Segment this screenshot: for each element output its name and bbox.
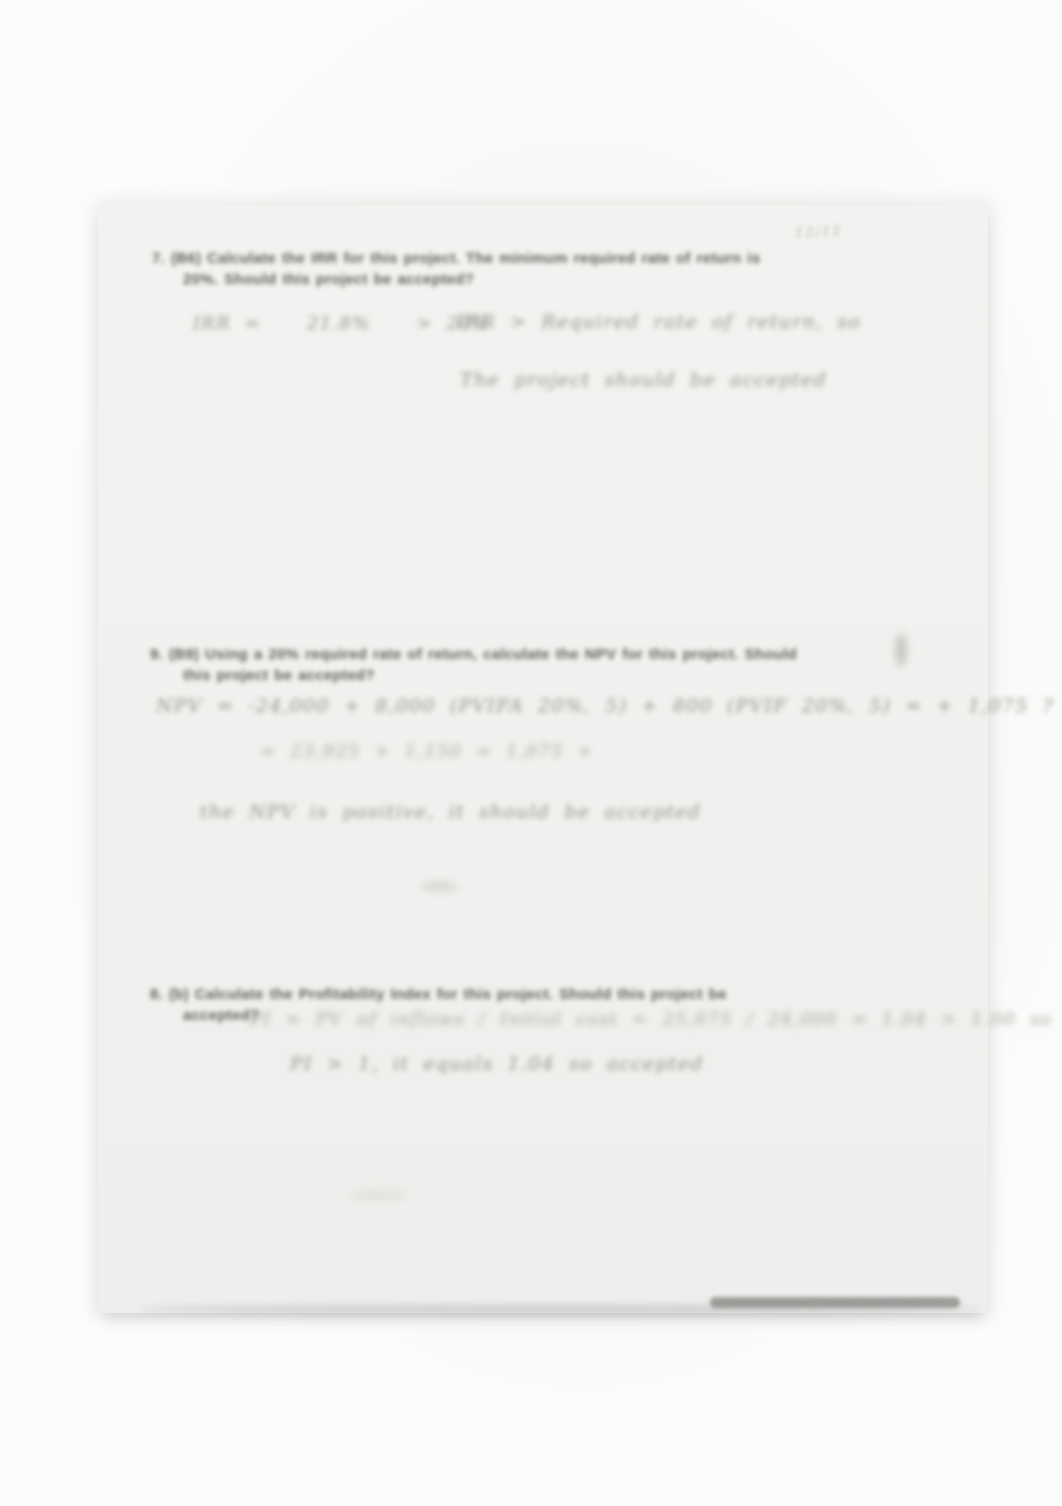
question-1-answer-line-2: The project should be accepted bbox=[460, 369, 827, 391]
page-bottom-shadow bbox=[138, 1305, 982, 1314]
question-2-tag: (B9) bbox=[169, 646, 199, 663]
question-3-tag: (b) bbox=[169, 986, 189, 1003]
question-2-work-line-1: NPV = -24,000 + 8,000 (PVIFA 20%, 5) + 8… bbox=[156, 695, 1054, 717]
question-2-answer-line: the NPV is positive, it should be accept… bbox=[200, 801, 701, 823]
question-2-text: Using a 20% required rate of return, cal… bbox=[205, 646, 797, 663]
question-3-work-line-1: PI = PV of inflows / Initial cost = 25,0… bbox=[250, 1009, 1062, 1030]
question-1-line-1: 7. (B6) Calculate the IRR for this proje… bbox=[152, 250, 760, 267]
question-3-line-2: accepted? bbox=[183, 1007, 259, 1024]
handwritten-token: 21.8% bbox=[307, 313, 370, 334]
question-3-work-line-2: PI > 1, it equals 1.04 so accepted bbox=[290, 1053, 703, 1075]
pencil-smudge bbox=[420, 881, 458, 892]
question-3-line-1: 8. (b) Calculate the Profitability Index… bbox=[150, 986, 727, 1003]
question-3-text: Calculate the Profitability Index for th… bbox=[195, 986, 727, 1003]
question-2-number: 9. bbox=[150, 646, 163, 663]
question-1-answer-line-1: IRR > Required rate of return, so bbox=[456, 311, 861, 333]
question-1-line-2: 20%. Should this project be accepted? bbox=[183, 271, 474, 288]
pencil-smudge bbox=[348, 1190, 408, 1200]
question-1-text: Calculate the IRR for this project. The … bbox=[207, 250, 760, 267]
handwritten-token: IRR = bbox=[193, 313, 261, 334]
question-2-line-1: 9. (B9) Using a 20% required rate of ret… bbox=[150, 646, 797, 663]
question-2-work-line-2: = 23,925 + 1,150 = 1,075 + bbox=[260, 741, 594, 762]
question-3-number: 8. bbox=[150, 986, 163, 1003]
scanned-page: 12/12 7. (B6) Calculate the IRR for this… bbox=[98, 205, 988, 1313]
question-1-handwritten-work: IRR = 21.8% > 20% bbox=[193, 313, 490, 334]
page-content: 12/12 7. (B6) Calculate the IRR for this… bbox=[98, 205, 988, 1313]
corner-grade-note: 12/12 bbox=[795, 224, 843, 241]
pencil-smudge bbox=[895, 633, 907, 667]
question-2-line-2: this project be accepted? bbox=[183, 667, 375, 684]
scanner-background: 12/12 7. (B6) Calculate the IRR for this… bbox=[0, 0, 1062, 1506]
question-1-number: 7. bbox=[152, 250, 165, 267]
question-1-tag: (B6) bbox=[171, 250, 201, 267]
